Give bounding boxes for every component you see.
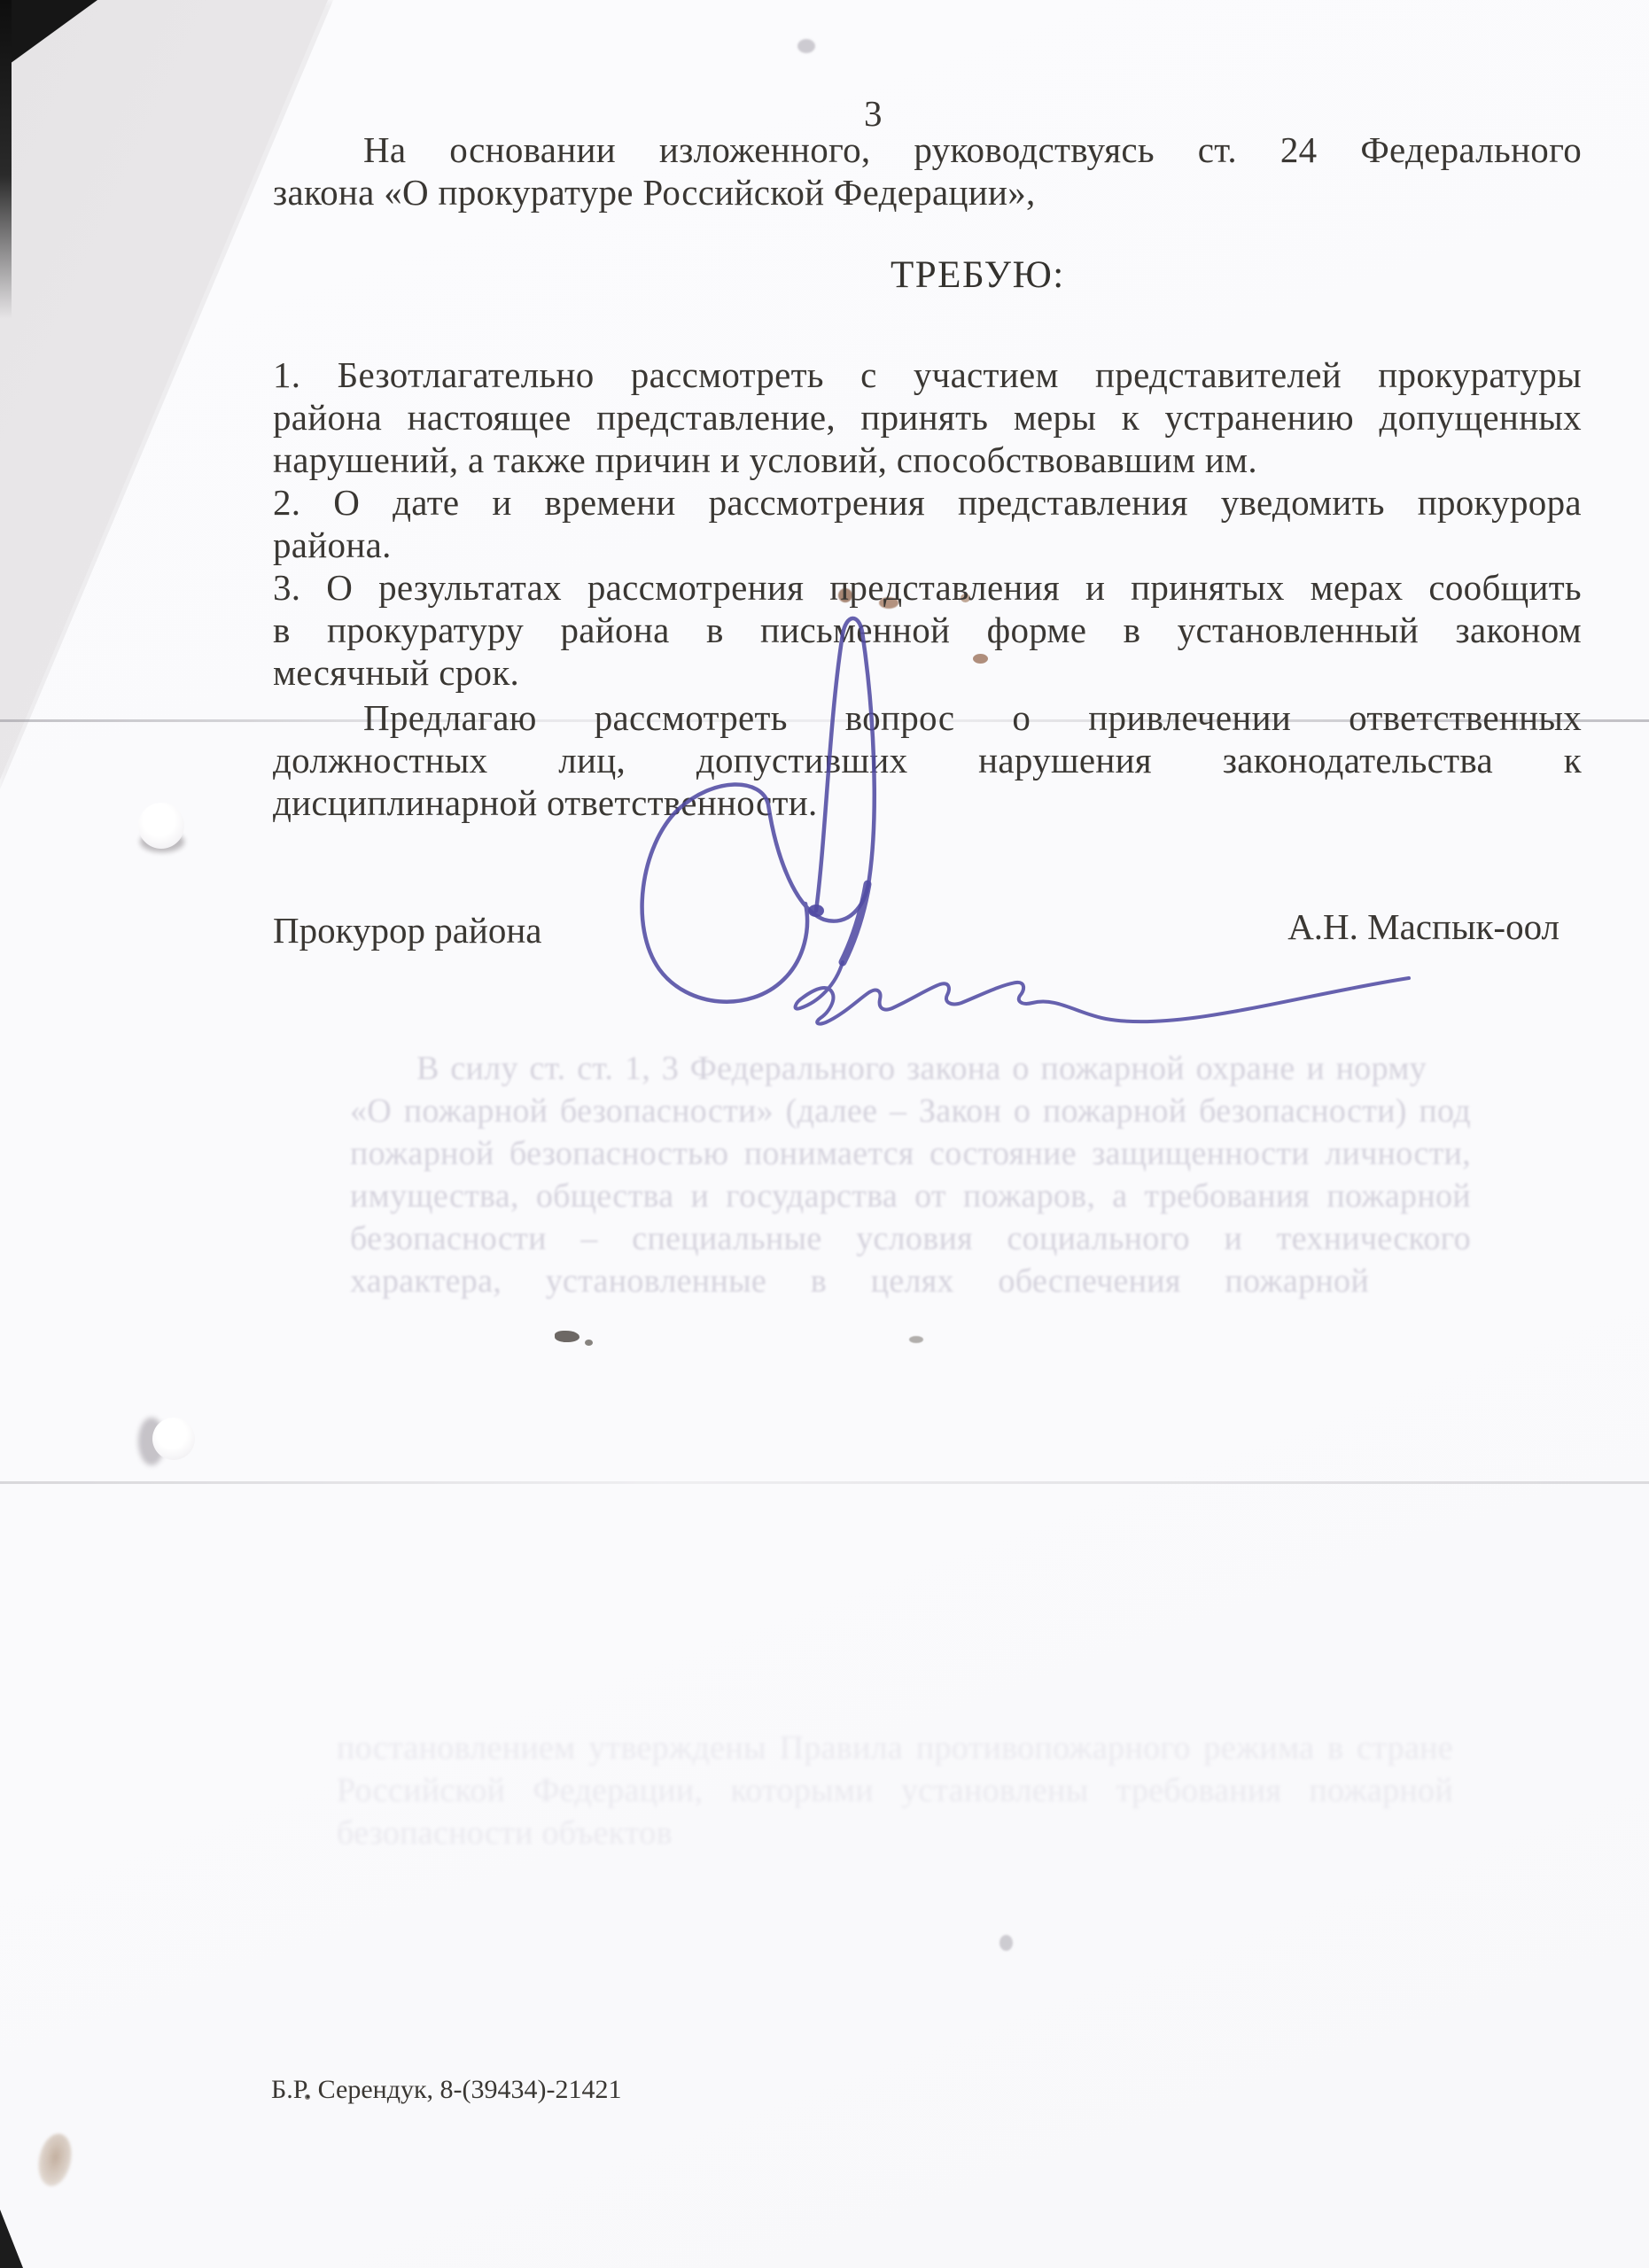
- paper-speck: [1000, 1935, 1013, 1951]
- paper-speck: [909, 1336, 923, 1343]
- footer-contact: Б.Р. Серендук, 8-(39434)-21421: [271, 2075, 622, 2105]
- bleedthrough-line: безопасности–специальныеусловиясоциально…: [350, 1218, 1471, 1259]
- scan-left-edge-strip: [0, 0, 12, 319]
- paper-stain: [34, 2131, 76, 2189]
- signoff-title: Прокурор района: [273, 909, 541, 951]
- signature-stroke-tail: [796, 962, 1409, 1024]
- bleedthrough-line: «Опожарнойбезопасности»(далее–Законопожа…: [350, 1091, 1471, 1131]
- bleedthrough-line: имущества,обществаигосударстваотпожаров,…: [350, 1176, 1471, 1216]
- paper-speck: [585, 1340, 593, 1346]
- hole-punch: [152, 1417, 195, 1460]
- paper-speck: [555, 1331, 579, 1342]
- signoff-name: А.Н. Маспык-оол: [1236, 905, 1560, 948]
- bleedthrough-line: характера,установленныевцеляхобеспечения…: [350, 1261, 1369, 1301]
- body-text-line: районанастоящеепредставление,принятьмеры…: [273, 397, 1582, 438]
- section-heading-trebuyu: ТРЕБУЮ:: [891, 253, 1065, 297]
- bleedthrough-line: пожарнойбезопасностьюпонимаетсясостояние…: [350, 1133, 1471, 1174]
- body-text-line: нарушений, а также причин и условий, спо…: [273, 439, 1257, 480]
- body-text-line: 3.Орезультатахрассмотренияпредставленияи…: [273, 567, 1582, 608]
- body-text-line: месячный срок.: [273, 652, 519, 693]
- body-text-line: впрокуратурурайонавписьменнойформевустан…: [273, 610, 1582, 650]
- bleedthrough-line: постановлениемутвержденыПравилапротивопо…: [337, 1728, 1453, 1768]
- scan-bottom-left-edge: [0, 2210, 23, 2268]
- body-text-line: должностныхлиц,допустившихнарушениязакон…: [273, 740, 1582, 781]
- hole-punch: [138, 803, 184, 849]
- paper-speck: [973, 654, 988, 664]
- signature-stroke-descender: [843, 884, 867, 962]
- document-page: Всилуст.ст.1,3Федеральногозаконаопожарно…: [0, 0, 1649, 2268]
- paper-speck: [797, 39, 815, 53]
- bleedthrough-line: Всилуст.ст.1,3Федеральногозаконаопожарно…: [416, 1048, 1427, 1089]
- signature-ink-blob: [808, 905, 824, 917]
- body-text-line: Наоснованииизложенного,руководствуясьст.…: [363, 129, 1582, 170]
- body-text-line: 1.Безотлагательнорассмотретьсучастиемпре…: [273, 354, 1582, 395]
- body-text-line: закона «О прокуратуре Российской Федерац…: [273, 172, 1036, 213]
- paper-crease-lower: [0, 1481, 1649, 1484]
- page-number: 3: [864, 92, 883, 135]
- bleedthrough-line: РоссийскойФедерации,которымиустановленыт…: [337, 1770, 1453, 1811]
- body-text-line: Предлагаюрассмотретьвопросопривлеченииот…: [363, 697, 1582, 738]
- body-text-line: дисциплинарной ответственности.: [273, 782, 818, 823]
- body-text-line: района.: [273, 524, 392, 565]
- body-text-line: 2.Одатеивременирассмотренияпредставления…: [273, 482, 1582, 523]
- bleedthrough-line: безопасности объектов: [337, 1813, 833, 1853]
